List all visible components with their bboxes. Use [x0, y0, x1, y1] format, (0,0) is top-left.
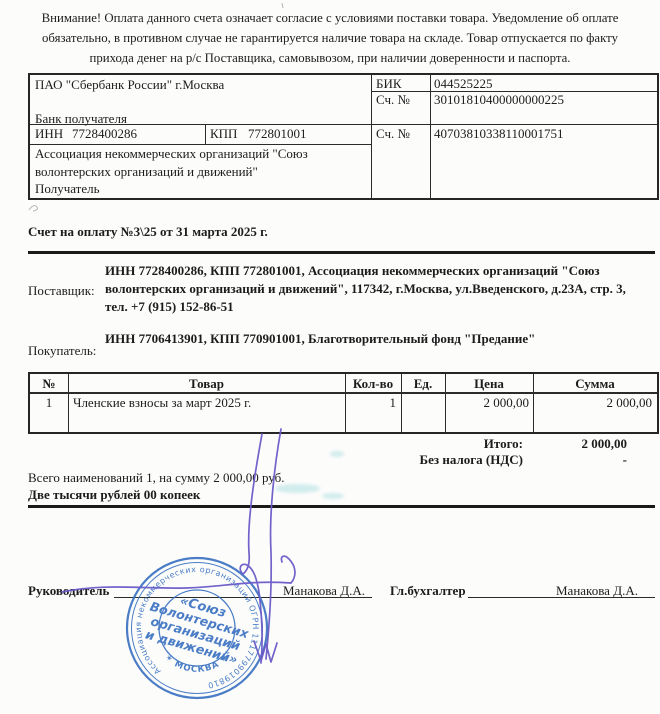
handwritten-signature [0, 0, 660, 714]
scanned-invoice-document: Внимание! Оплата данного счета означает … [0, 0, 660, 714]
scan-artifact [29, 206, 38, 211]
scan-artifact [282, 3, 283, 8]
